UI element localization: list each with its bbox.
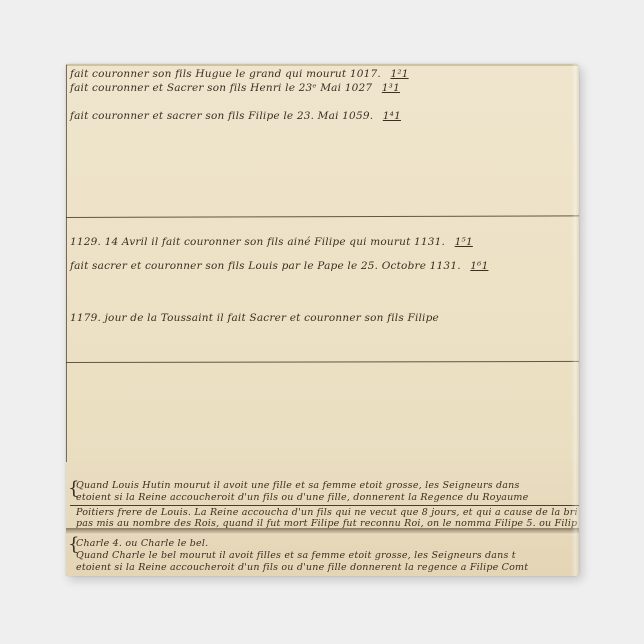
line-text: Quand Charle le bel mourut il avoit fill… [76, 550, 516, 561]
manuscript-line: etoient si la Reine accoucheroit d'un fi… [76, 562, 528, 573]
canvas-background: fait couronner son fils Hugue le grand q… [0, 0, 644, 644]
manuscript-line: fait couronner son fils Hugue le grand q… [70, 68, 409, 80]
line-text: 1179. jour de la Toussaint il fait Sacre… [70, 312, 439, 324]
tile-top-edge [66, 64, 579, 66]
manuscript-line: 1179. jour de la Toussaint il fait Sacre… [70, 312, 439, 324]
line-reference: 1³1 [382, 82, 400, 94]
manuscript-line: Poitiers frere de Louis. La Reine accouc… [76, 507, 578, 518]
section-divider [66, 361, 579, 363]
line-text: fait couronner et Sacrer son fils Henri … [70, 82, 372, 94]
manuscript-line: Quand Charle le bel mourut il avoit fill… [76, 550, 516, 561]
line-text: Charle 4. ou Charle le bel. [76, 538, 208, 549]
manuscript-line: Quand Louis Hutin mourut il avoit une fi… [76, 480, 520, 491]
manuscript-line: fait couronner et sacrer son fils Filipe… [70, 110, 401, 122]
manuscript-line: Charle 4. ou Charle le bel. [76, 538, 208, 549]
line-text: etoient si la Reine accoucheroit d'un fi… [76, 562, 528, 573]
annotation-rule [70, 505, 579, 506]
line-reference: 1⁵1 [455, 236, 473, 248]
line-text: Poitiers frere de Louis. La Reine accouc… [76, 507, 578, 518]
manuscript-line: fait couronner et Sacrer son fils Henri … [70, 82, 400, 94]
manuscript-line: fait sacrer et couronner son fils Louis … [70, 260, 488, 272]
line-reference: 1⁶1 [470, 260, 488, 272]
line-text: 1129. 14 Avril il fait couronner son fil… [70, 236, 445, 248]
line-text: Quand Louis Hutin mourut il avoit une fi… [76, 480, 520, 491]
manuscript-line: etoient si la Reine accoucheroit d'un fi… [76, 492, 528, 503]
manuscript-tile: fait couronner son fils Hugue le grand q… [66, 64, 579, 576]
line-text: fait sacrer et couronner son fils Louis … [70, 260, 461, 272]
paper-fold [66, 528, 579, 535]
line-reference: 1⁴1 [383, 110, 401, 122]
line-reference: 1²1 [390, 68, 408, 80]
section-divider [66, 215, 579, 218]
manuscript-line: 1129. 14 Avril il fait couronner son fil… [70, 236, 473, 248]
line-text: fait couronner et sacrer son fils Filipe… [70, 110, 373, 122]
line-text: fait couronner son fils Hugue le grand q… [70, 68, 381, 80]
line-text: etoient si la Reine accoucheroit d'un fi… [76, 492, 528, 503]
